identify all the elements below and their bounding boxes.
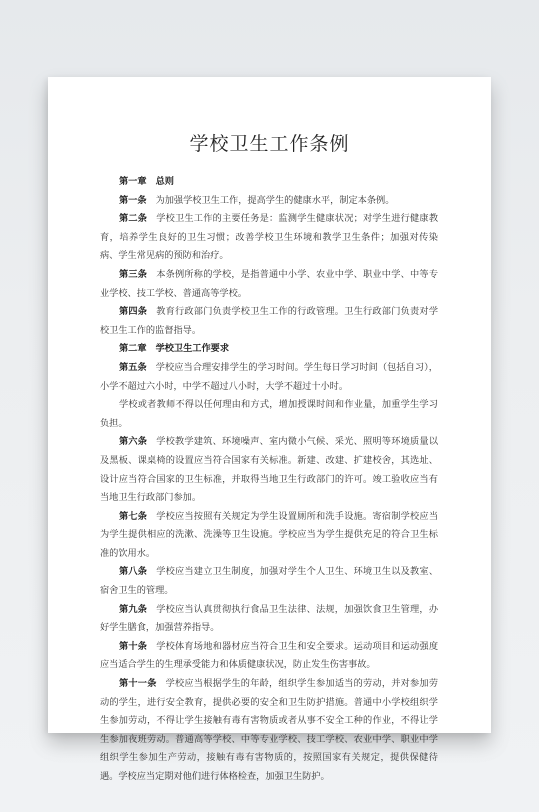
document-page: 学校卫生工作条例 第一章总则 第一条为加强学校卫生工作，提高学生的健康水平，制定… <box>48 77 491 733</box>
article-label: 第二条 <box>119 213 147 224</box>
document-title: 学校卫生工作条例 <box>48 129 491 156</box>
article-label: 第七条 <box>119 511 147 522</box>
article-paragraph: 第一条为加强学校卫生工作，提高学生的健康水平，制定本条例。 <box>100 192 438 211</box>
article-label: 第八条 <box>119 566 147 577</box>
article-label: 第五条 <box>119 362 147 373</box>
chapter-heading: 第一章总则 <box>100 173 438 192</box>
article-paragraph: 第八条学校应当建立卫生制度，加强对学生个人卫生、环境卫生以及教室、宿舍卫生的管理… <box>100 563 438 600</box>
article-paragraph: 第五条学校应当合理安排学生的学习时间。学生每日学习时间（包括自习），小学不超过六… <box>100 359 438 396</box>
article-paragraph: 第十条学校体育场地和器材应当符合卫生和安全要求。运动项目和运动强度应当适合学生的… <box>100 638 438 675</box>
article-label: 第三条 <box>119 269 147 280</box>
article-paragraph: 第三条本条例所称的学校，是指普通中小学、农业中学、职业中学、中等专业学校、技工学… <box>100 266 438 303</box>
article-paragraph: 学校或者教师不得以任何理由和方式，增加授课时间和作业量，加重学生学习负担。 <box>100 396 438 433</box>
article-label: 第一条 <box>119 195 147 206</box>
article-paragraph: 第六条学校教学建筑、环境噪声、室内微小气候、采光、照明等环境质量以及黑板、课桌椅… <box>100 433 438 507</box>
article-label: 第四条 <box>119 306 147 317</box>
article-label: 第十一条 <box>119 678 157 689</box>
article-paragraph: 第九条学校应当认真贯彻执行食品卫生法律、法规，加强饮食卫生管理，办好学生膳食，加… <box>100 601 438 638</box>
article-paragraph: 第四条教育行政部门负责学校卫生工作的行政管理。卫生行政部门负责对学校卫生工作的监… <box>100 303 438 340</box>
article-paragraph: 第十一条学校应当根据学生的年龄，组织学生参加适当的劳动，并对参加劳动的学生，进行… <box>100 675 438 787</box>
article-label: 第十条 <box>119 641 147 652</box>
document-body: 第一章总则 第一条为加强学校卫生工作，提高学生的健康水平，制定本条例。 第二条学… <box>100 173 438 787</box>
article-label: 第六条 <box>119 436 147 447</box>
article-paragraph: 第二条学校卫生工作的主要任务是：监测学生健康状况；对学生进行健康教育，培养学生良… <box>100 210 438 266</box>
chapter-heading: 第二章学校卫生工作要求 <box>100 340 438 359</box>
article-label: 第九条 <box>119 604 147 615</box>
article-paragraph: 第七条学校应当按照有关规定为学生设置厕所和洗手设施。寄宿制学校应当为学生提供相应… <box>100 508 438 564</box>
chapter-label: 第一章 <box>119 176 147 187</box>
chapter-label: 第二章 <box>119 343 147 354</box>
